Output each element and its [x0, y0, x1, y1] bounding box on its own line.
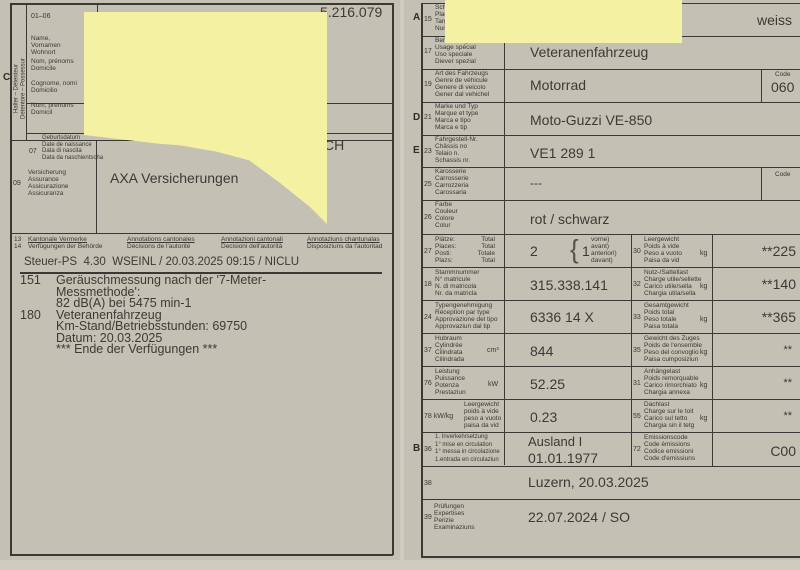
field-01-06-number: 01–06 — [31, 13, 50, 20]
annotation-header-it: Annotazioni cantonali Decisioni dell'aut… — [221, 236, 283, 250]
section-b-label: B — [413, 443, 420, 454]
make-model-value: Moto-Guzzi VE-850 — [530, 112, 652, 128]
decision-entry-180: 180 Veteranenfahrzeug Km-Stand/Betriebss… — [20, 310, 266, 356]
section-d-label: D — [413, 112, 420, 123]
payload-value: **140 — [762, 276, 796, 292]
insurance-value: AXA Versicherungen — [110, 170, 238, 186]
section-a-label: A — [413, 12, 420, 23]
section-e-label: E — [413, 145, 420, 156]
field-13-14-numbers: 13 14 — [14, 236, 21, 250]
field-09-number: 09 — [13, 180, 21, 187]
decision-entry-151: 151 Geräuschmessung nach der '7-Meter- M… — [20, 275, 266, 310]
color-value: rot / schwarz — [530, 211, 609, 227]
roof-load-value: ** — [783, 410, 792, 422]
annotation-header-fr: Annotations cantonales Décisions de l'au… — [127, 236, 195, 250]
section-c-label: C — [3, 72, 10, 83]
first-registration-origin: Ausland I — [528, 434, 582, 449]
empty-weight-value: **225 — [762, 243, 796, 259]
power-weight-value: 0.23 — [530, 409, 557, 425]
first-registration-date: 01.01.1977 — [528, 450, 598, 466]
train-weight-value: ** — [783, 344, 792, 356]
field-01-06-label-it: Cognome, nomi Domicilio — [31, 80, 81, 94]
annotation-header-rm: Annotaziuns chantunalas Disposiziuns da … — [307, 236, 382, 250]
seats-total-value: 2 — [530, 243, 538, 259]
tax-line: Steuer-PS 4.30 WSEINL / 20.03.2025 09:15… — [24, 256, 299, 268]
holder-rotated-label: Halter – Détenteur Detentore – Possessur — [14, 39, 27, 139]
field-09-labels: Versicherung Assurance Assicurazione Ass… — [28, 169, 68, 197]
body-code-label: Code — [775, 171, 791, 178]
authority-decisions-list: 151 Geräuschmessung nach der '7-Meter- M… — [20, 275, 266, 356]
chassis-number-value: VE1 289 1 — [530, 145, 595, 161]
brace-glyph: { — [570, 234, 579, 265]
vehicle-type-code: 060 — [771, 79, 794, 95]
field-01-06-label-fr: Nom, prénoms Domicile — [31, 58, 81, 72]
plates-value: weiss — [757, 12, 792, 28]
inspection-value: 22.07.2024 / SO — [528, 509, 630, 525]
issue-place-date-value: Luzern, 20.03.2025 — [528, 474, 649, 490]
field-07-number: 07 — [29, 148, 37, 155]
master-number-value: 315.338.141 — [530, 277, 608, 293]
displacement-value: 844 — [530, 343, 553, 359]
sticky-note-redaction-right — [445, 0, 682, 43]
field-01-06-labels: Name, Vornamen Wohnort — [31, 35, 81, 56]
right-page: A D E B 15 Schilder Plaques Targhe Numer… — [404, 0, 800, 560]
field-01-06-label-rm: Num, prenums Domicil — [31, 102, 81, 116]
birthdate-value-visible: CH — [324, 137, 344, 153]
field-07-labels: Geburtsdatum Date de naissance Data di n… — [42, 135, 103, 161]
emissions-code-value: C00 — [770, 443, 796, 459]
vehicle-type-code-label: Code — [775, 71, 791, 78]
special-use-value: Veteranenfahrzeug — [530, 44, 648, 60]
seats-front-value: 1 — [582, 243, 590, 259]
total-weight-value: **365 — [762, 309, 796, 325]
body-value: --- — [530, 176, 542, 190]
trailer-load-value: ** — [783, 377, 792, 389]
annotation-header-de: Kantonale Vermerke Verfügungen der Behör… — [28, 236, 102, 250]
type-approval-value: 6336 14 X — [530, 309, 594, 325]
vehicle-type-value: Motorrad — [530, 77, 586, 93]
power-value: 52.25 — [530, 376, 565, 392]
holder-number-value: 5.216.079 — [320, 4, 382, 20]
